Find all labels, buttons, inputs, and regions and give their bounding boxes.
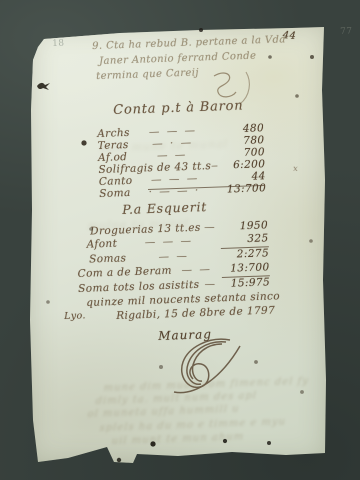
entry-label: Teras bbox=[97, 139, 128, 152]
folio-number-faint: 77 bbox=[340, 27, 353, 37]
ink-scribble bbox=[36, 80, 52, 92]
entry-label: Soma bbox=[99, 187, 131, 200]
entry-amount: 15:975 bbox=[222, 276, 270, 291]
leader-dashes: — bbox=[200, 221, 220, 235]
ink-specks bbox=[0, 0, 2, 2]
entry-label: Af.od bbox=[98, 151, 128, 164]
entry-label: Afont bbox=[76, 238, 117, 253]
margin-abbreviation: Lyo. bbox=[64, 310, 86, 322]
section-2-title: P.a Esquerit bbox=[122, 199, 207, 217]
entry-amount: 13:700 bbox=[221, 261, 270, 278]
entry-label: Com a de Beram bbox=[77, 264, 172, 280]
leader-dashes: — — bbox=[172, 263, 222, 278]
entry-amount: 325 bbox=[220, 232, 269, 249]
ledger-section-2: Droguerias 13 tt.es — 1950 Afont — — — 3… bbox=[76, 219, 270, 296]
leader-dashes: — bbox=[199, 278, 222, 292]
leader-dashes: — bbox=[211, 160, 218, 172]
pencil-annotation: 18 bbox=[52, 39, 65, 49]
margin-cross-mark: x bbox=[293, 164, 298, 173]
leader-dashes: — — — bbox=[117, 234, 221, 251]
photograph-of-manuscript: 77 num mune te munal mulne ta munet 18 4… bbox=[0, 0, 360, 480]
